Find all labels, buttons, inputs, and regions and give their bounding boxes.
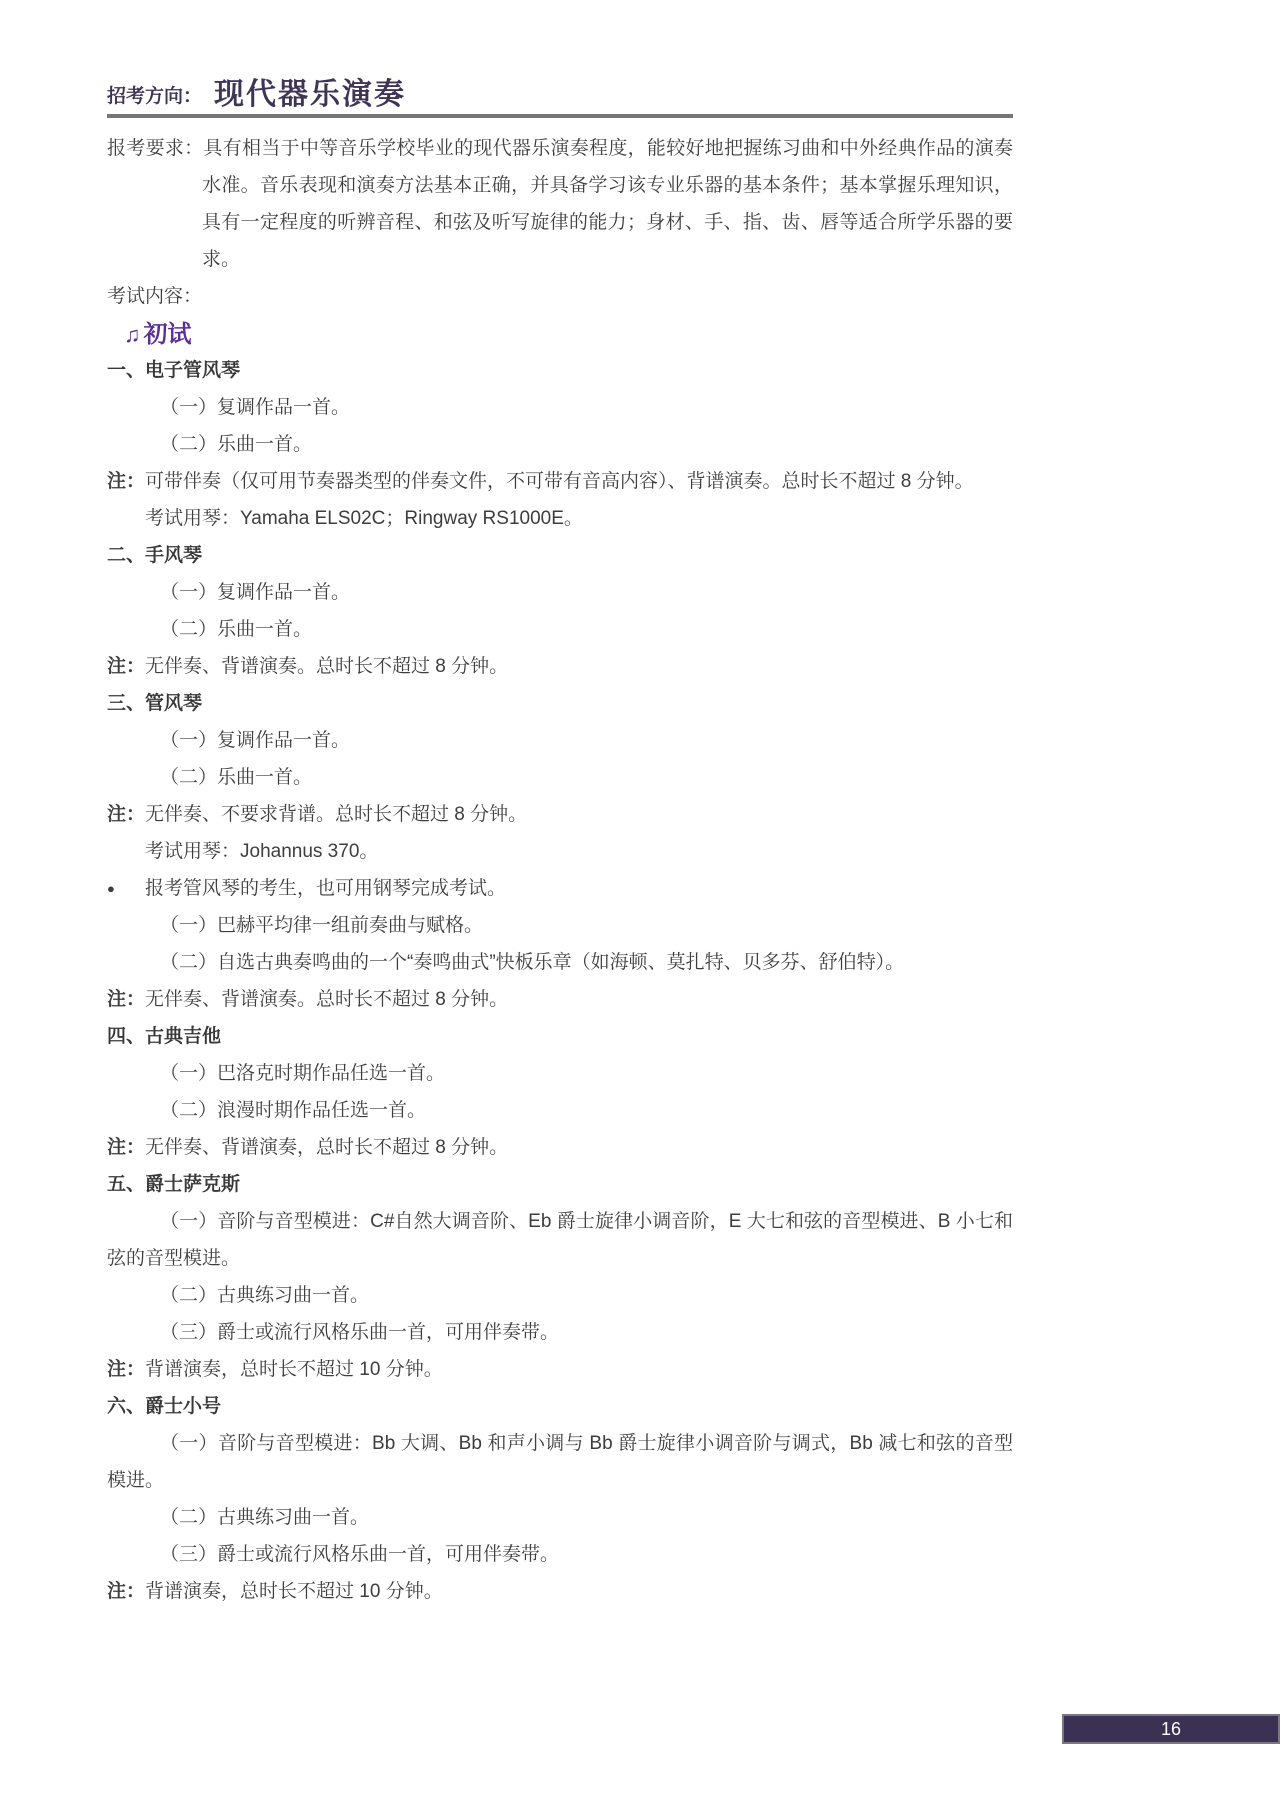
section-title: 五、爵士萨克斯 [107,1166,1013,1203]
exam-item: （二）乐曲一首。 [107,611,1013,648]
note-label: 注： [107,1581,145,1602]
page-content: 招考方向： 现代器乐演奏 报考要求：具有相当于中等音乐学校毕业的现代器乐演奏程度… [107,80,1013,1610]
sections-container: 一、电子管风琴（一）复调作品一首。（二）乐曲一首。注：可带伴奏（仅可用节奏器类型… [107,352,1013,1610]
note-continuation: 考试用琴：Johannus 370。 [107,833,1013,870]
note-line: 注：无伴奏、背谱演奏。总时长不超过 8 分钟。 [107,981,1013,1018]
section-title: 四、古典吉他 [107,1018,1013,1055]
round-heading: ♫初试 [124,317,1013,352]
exam-section: 五、爵士萨克斯（一）音阶与音型模进：C#自然大调音阶、Eb 爵士旋律小调音阶，E… [107,1166,1013,1388]
exam-section: 二、手风琴（一）复调作品一首。（二）乐曲一首。注：无伴奏、背谱演奏。总时长不超过… [107,537,1013,685]
exam-item: （一）音阶与音型模进：Bb 大调、Bb 和声小调与 Bb 爵士旋律小调音阶与调式… [107,1425,1013,1499]
exam-item: （二）乐曲一首。 [107,426,1013,463]
masthead: 招考方向： 现代器乐演奏 [107,80,1013,118]
bullet-icon: ● [107,870,145,907]
note-line: 注：背谱演奏，总时长不超过 10 分钟。 [107,1573,1013,1610]
requirements-text: 具有相当于中等音乐学校毕业的现代器乐演奏程度，能较好地把握练习曲和中外经典作品的… [202,138,1013,270]
exam-content-label: 考试内容： [107,278,1013,315]
bullet-line: ●报考管风琴的考生，也可用钢琴完成考试。 [107,870,1013,907]
section-title: 二、手风琴 [107,537,1013,574]
application-requirements-paragraph: 报考要求：具有相当于中等音乐学校毕业的现代器乐演奏程度，能较好地把握练习曲和中外… [107,130,1013,278]
music-note-icon: ♫ [124,322,141,347]
direction-label: 招考方向： [107,87,202,110]
note-line: 注：无伴奏、背谱演奏，总时长不超过 8 分钟。 [107,1129,1013,1166]
exam-section: 三、管风琴（一）复调作品一首。（二）乐曲一首。注：无伴奏、不要求背谱。总时长不超… [107,685,1013,1018]
note-label: 注： [107,471,145,492]
note-label: 注： [107,1359,145,1380]
bullet-text: 报考管风琴的考生，也可用钢琴完成考试。 [145,870,506,907]
note-line: 注：可带伴奏（仅可用节奏器类型的伴奏文件，不可带有音高内容）、背谱演奏。总时长不… [107,463,1013,500]
exam-item: （一）音阶与音型模进：C#自然大调音阶、Eb 爵士旋律小调音阶，E 大七和弦的音… [107,1203,1013,1277]
document-page: 招考方向： 现代器乐演奏 报考要求：具有相当于中等音乐学校毕业的现代器乐演奏程度… [0,0,1280,1810]
page-number-badge: 16 [1062,1714,1280,1744]
section-title: 三、管风琴 [107,685,1013,722]
section-title: 一、电子管风琴 [107,352,1013,389]
note-line: 注：背谱演奏，总时长不超过 10 分钟。 [107,1351,1013,1388]
note-line: 注：无伴奏、不要求背谱。总时长不超过 8 分钟。 [107,796,1013,833]
exam-item: （二）乐曲一首。 [107,759,1013,796]
note-label: 注： [107,656,145,677]
exam-item: （一）复调作品一首。 [107,722,1013,759]
exam-section: 一、电子管风琴（一）复调作品一首。（二）乐曲一首。注：可带伴奏（仅可用节奏器类型… [107,352,1013,537]
note-label: 注： [107,804,145,825]
page-number: 16 [1161,1719,1181,1740]
note-line: 注：无伴奏、背谱演奏。总时长不超过 8 分钟。 [107,648,1013,685]
exam-item: （一）复调作品一首。 [107,389,1013,426]
exam-section: 六、爵士小号（一）音阶与音型模进：Bb 大调、Bb 和声小调与 Bb 爵士旋律小… [107,1388,1013,1610]
exam-item: （三）爵士或流行风格乐曲一首，可用伴奏带。 [107,1536,1013,1573]
note-continuation: 考试用琴：Yamaha ELS02C；Ringway RS1000E。 [107,500,1013,537]
requirements-label: 报考要求： [107,138,203,159]
note-label: 注： [107,1137,145,1158]
exam-item: （一）复调作品一首。 [107,574,1013,611]
exam-item: （一）巴洛克时期作品任选一首。 [107,1055,1013,1092]
note-label: 注： [107,989,145,1010]
exam-item: （二）自选古典奏鸣曲的一个“奏鸣曲式”快板乐章（如海顿、莫扎特、贝多芬、舒伯特）… [107,944,1013,981]
exam-item: （二）浪漫时期作品任选一首。 [107,1092,1013,1129]
section-title: 六、爵士小号 [107,1388,1013,1425]
page-title: 现代器乐演奏 [214,80,406,110]
round-title: 初试 [144,321,192,348]
exam-section: 四、古典吉他（一）巴洛克时期作品任选一首。（二）浪漫时期作品任选一首。注：无伴奏… [107,1018,1013,1166]
exam-item: （二）古典练习曲一首。 [107,1277,1013,1314]
exam-item: （三）爵士或流行风格乐曲一首，可用伴奏带。 [107,1314,1013,1351]
exam-item: （二）古典练习曲一首。 [107,1499,1013,1536]
exam-item: （一）巴赫平均律一组前奏曲与赋格。 [107,907,1013,944]
